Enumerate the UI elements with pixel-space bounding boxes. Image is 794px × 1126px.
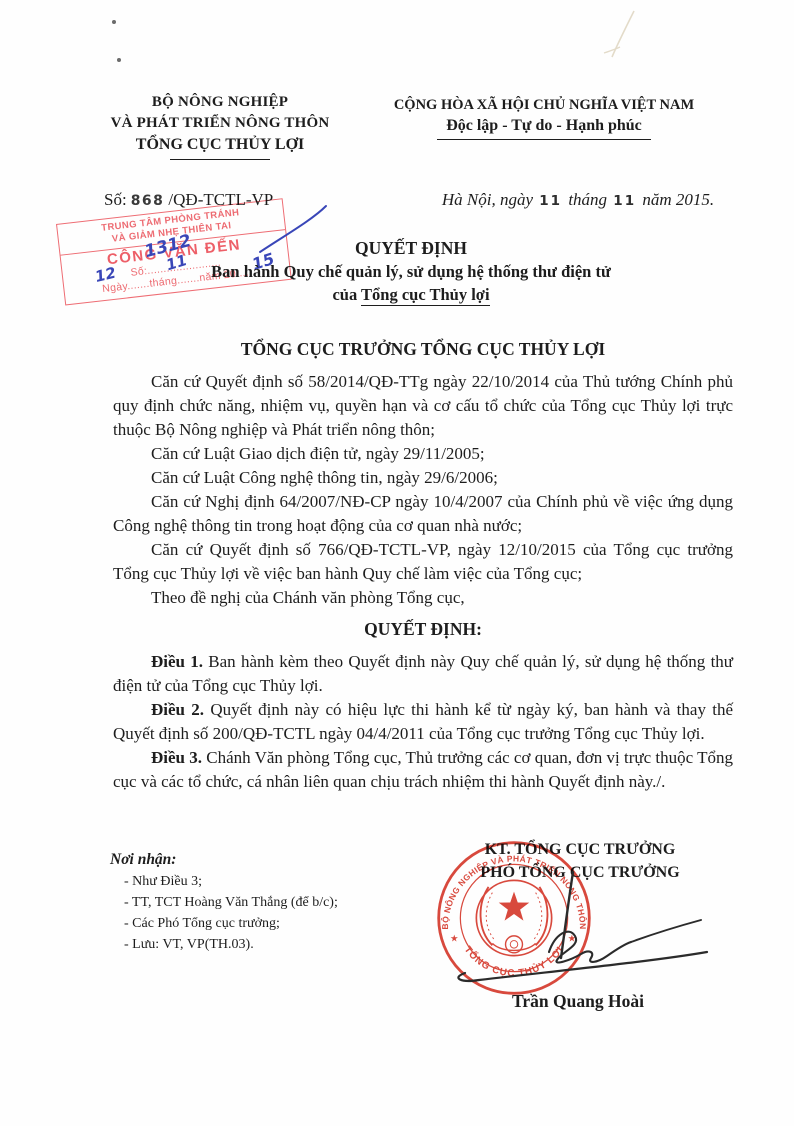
preamble-paragraph: Căn cứ Luật Giao dịch điện tử, ngày 29/1… [113,442,733,466]
article-1-text: Ban hành kèm theo Quyết định này Quy chế… [113,652,733,695]
ministry-name-line1: BỘ NÔNG NGHIỆP [100,92,340,113]
agency-underline [170,159,270,160]
article-2-label: Điều 2. [151,700,204,719]
title-line2: của Tổng cục Thủy lợi [113,283,709,306]
article-1: Điều 1. Ban hành kèm theo Quyết định này… [113,650,733,698]
date-day: 11 [537,193,564,209]
decision-heading: QUYẾT ĐỊNH: [113,616,733,642]
punch-hole-dot [112,20,116,24]
title-line1: Ban hành Quy chế quản lý, sử dụng hệ thố… [113,260,709,283]
articles-section: QUYẾT ĐỊNH: Điều 1. Ban hành kèm theo Qu… [113,616,733,794]
recipient-item: - TT, TCT Hoàng Văn Thắng (để b/c); [124,892,410,913]
punch-hole-dot [117,58,121,62]
document-type-heading: QUYẾT ĐỊNH [113,236,709,260]
article-3: Điều 3. Chánh Văn phòng Tổng cục, Thủ tr… [113,746,733,794]
pencil-mark [590,5,660,65]
date-mid: tháng [568,190,607,209]
document-number: 868 [127,193,169,209]
article-3-text: Chánh Văn phòng Tổng cục, Thủ trưởng các… [113,748,733,791]
motto-underline [437,139,651,140]
date-suffix: năm 2015. [642,190,714,209]
agency-name: TỔNG CỤC THỦY LỢI [100,134,340,156]
issuer-heading: TỔNG CỤC TRƯỞNG TỔNG CỤC THỦY LỢI [113,336,733,362]
date-prefix: Hà Nội, ngày [442,190,533,209]
article-2: Điều 2. Quyết định này có hiệu lực thi h… [113,698,733,746]
preamble-paragraph: Căn cứ Nghị định 64/2007/NĐ-CP ngày 10/4… [113,490,733,538]
preamble-section: TỔNG CỤC TRƯỞNG TỔNG CỤC THỦY LỢI Căn cứ… [113,336,733,610]
preamble-paragraph: Căn cứ Quyết định số 58/2014/QĐ-TTg ngày… [113,370,733,442]
motto: Độc lập - Tự do - Hạnh phúc [388,115,700,137]
preamble-paragraph: Theo đề nghị của Chánh văn phòng Tổng cụ… [113,586,733,610]
republic-name: CỘNG HÒA XÃ HỘI CHỦ NGHĨA VIỆT NAM [388,95,700,115]
issuing-agency-block: BỘ NÔNG NGHIỆP VÀ PHÁT TRIỂN NÔNG THÔN T… [100,92,340,160]
title-line2-underlined: Tổng cục Thủy lợi [361,285,490,306]
recipient-item: - Lưu: VT, VP(TH.03). [124,934,410,955]
date-month: 11 [611,193,638,209]
handwritten-signature [445,866,725,986]
article-1-label: Điều 1. [151,652,203,671]
article-2-text: Quyết định này có hiệu lực thi hành kể t… [113,700,733,743]
document-page: BỘ NÔNG NGHIỆP VÀ PHÁT TRIỂN NÔNG THÔN T… [0,0,794,1126]
ministry-name-line2: VÀ PHÁT TRIỂN NÔNG THÔN [100,113,340,134]
preamble-paragraph: Căn cứ Luật Công nghệ thông tin, ngày 29… [113,466,733,490]
recipients-label: Nơi nhận: [110,849,410,871]
number-label: Số: [104,190,127,209]
document-title-block: QUYẾT ĐỊNH Ban hành Quy chế quản lý, sử … [113,236,709,306]
national-motto-block: CỘNG HÒA XÃ HỘI CHỦ NGHĨA VIỆT NAM Độc l… [388,95,700,140]
title-line2-prefix: của [332,285,361,304]
recipients-block: Nơi nhận: - Như Điều 3; - TT, TCT Hoàng … [110,849,410,955]
place-date-line: Hà Nội, ngày 11 tháng 11 năm 2015. [428,190,728,210]
signer-name: Trần Quang Hoài [458,991,698,1012]
preamble-paragraph: Căn cứ Quyết định số 766/QĐ-TCTL-VP, ngà… [113,538,733,586]
article-3-label: Điều 3. [151,748,202,767]
recipient-item: - Như Điều 3; [124,871,410,892]
recipient-item: - Các Phó Tổng cục trưởng; [124,913,410,934]
